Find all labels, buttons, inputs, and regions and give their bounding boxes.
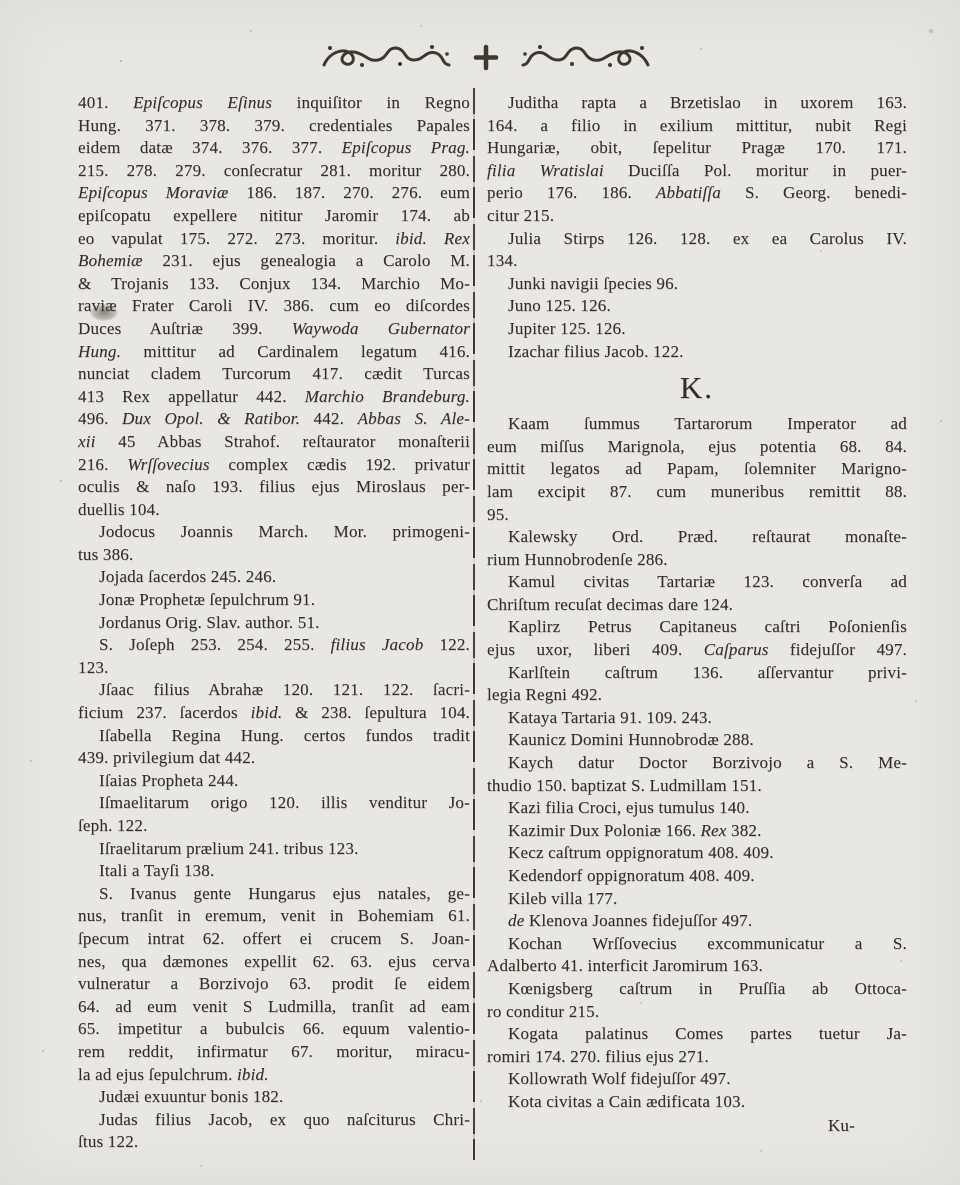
index-entry-text: ſeph. 122. bbox=[78, 816, 148, 835]
index-entry-line: Iſraelitarum prælium 241. tribus 123. bbox=[78, 838, 470, 861]
index-entry-text: Juno 125. 126. bbox=[508, 296, 611, 315]
index-entry-text-italic: Epiſcopus Eſinus bbox=[133, 93, 272, 112]
index-entry-text-italic: filius Jacob bbox=[331, 635, 424, 654]
index-entry-line: legia Regni 492. bbox=[487, 684, 907, 707]
index-entry-text: 496. bbox=[78, 409, 122, 428]
index-entry-line: Judæi exuuntur bonis 182. bbox=[78, 1086, 470, 1109]
index-entry-text: legia Regni 492. bbox=[487, 685, 602, 704]
index-entry-text: ſpecum intrat 62. offert ei crucem S. Jo… bbox=[78, 929, 470, 948]
index-entry-line: Karlſtein caſtrum 136. aſſervantur privi… bbox=[487, 662, 907, 685]
header-ornament bbox=[316, 40, 656, 76]
index-entry-line: eidem datæ 374. 376. 377. Epiſcopus Prag… bbox=[78, 137, 470, 160]
index-entry-text: Kileb villa 177. bbox=[508, 889, 617, 908]
index-entry-line: nus, tranſit in eremum, venit in Bohemia… bbox=[78, 905, 470, 928]
index-column-right: Juditha rapta a Brzetislao in uxorem 163… bbox=[487, 92, 907, 1138]
index-entry-text: Kataya Tartaria 91. 109. 243. bbox=[508, 708, 712, 727]
index-entry-text: Jojada ſacerdos 245. 246. bbox=[99, 567, 276, 586]
index-entry-line: Kaych datur Doctor Borzivojo a S. Me- bbox=[487, 752, 907, 775]
index-entry-text-italic: Marchio Brandeburg. bbox=[305, 387, 470, 406]
index-entry-line: Chriſtum recuſat decimas dare 124. bbox=[487, 594, 907, 617]
index-entry-text: Junki navigii ſpecies 96. bbox=[508, 274, 678, 293]
index-entry-text: lam excipit 87. cum muneribus remittit 8… bbox=[487, 482, 907, 501]
index-entry-line: 134. bbox=[487, 250, 907, 273]
index-entry-line: 413 Rex appellatur 442. Marchio Brandebu… bbox=[78, 386, 470, 409]
header-ornament-icon bbox=[316, 40, 656, 76]
index-entry-text: Karlſtein caſtrum 136. aſſervantur privi… bbox=[508, 663, 907, 682]
index-entry-text: Kochan Wrſſovecius excommunicatur a S. bbox=[508, 934, 907, 953]
index-entry-text-italic: Dux Opol. & Ratibor. bbox=[122, 409, 300, 428]
index-entry-line: Iſaias Propheta 244. bbox=[78, 770, 470, 793]
index-entry-line: Iſabella Regina Hung. certos fundos trad… bbox=[78, 725, 470, 748]
index-entry-line: 164. a filio in exilium mittitur, nubit … bbox=[487, 115, 907, 138]
index-entry-text: Jupiter 125. 126. bbox=[508, 319, 626, 338]
ink-blot bbox=[90, 304, 118, 321]
index-entry-line: Juditha rapta a Brzetislao in uxorem 163… bbox=[487, 92, 907, 115]
index-entry-text: 65. impetitur a bubulcis 66. equum valen… bbox=[78, 1019, 470, 1038]
index-entry-text: nus, tranſit in eremum, venit in Bohemia… bbox=[78, 906, 470, 925]
index-entry-text: fidejuſſor 497. bbox=[769, 640, 907, 659]
index-entry-line: Junki navigii ſpecies 96. bbox=[487, 273, 907, 296]
index-entry-line: Itali a Tayſi 138. bbox=[78, 860, 470, 883]
index-entry-text: Izachar filius Jacob. 122. bbox=[508, 342, 684, 361]
index-entry-text: 231. ejus genealogia a Carolo M. bbox=[143, 251, 470, 270]
index-entry-line: ejus uxor, liberi 409. Caſparus fidejuſſ… bbox=[487, 639, 907, 662]
index-entry-text-italic: Epiſcopus Moraviæ bbox=[78, 183, 228, 202]
book-page: 401. Epiſcopus Eſinus inquiſitor in Regn… bbox=[0, 0, 960, 1185]
index-entry-text: 413 Rex appellatur 442. bbox=[78, 387, 305, 406]
index-entry-text: Jordanus Orig. Slav. author. 51. bbox=[99, 613, 320, 632]
index-entry-text: & 238. ſepultura 104. bbox=[282, 703, 470, 722]
index-entry-text-italic: Caſparus bbox=[704, 640, 769, 659]
index-entry-line: Hung. mittitur ad Cardinalem legatum 416… bbox=[78, 341, 470, 364]
index-entry-line: mittit legatos ad Papam, ſolemniter Mari… bbox=[487, 458, 907, 481]
index-entry-text: Klenova Joannes fidejuſſor 497. bbox=[524, 911, 752, 930]
index-entry-line: Hungariæ, obit, ſepelitur Pragæ 170. 171… bbox=[487, 137, 907, 160]
index-entry-text: duellis 104. bbox=[78, 500, 160, 519]
index-entry-line: rium Hunnobrodenſe 286. bbox=[487, 549, 907, 572]
index-entry-text: Kedendorf oppignoratum 408. 409. bbox=[508, 866, 755, 885]
index-entry-line: epiſcopatu expellere nititur Jaromir 174… bbox=[78, 205, 470, 228]
index-entry-line: Epiſcopus Moraviæ 186. 187. 270. 276. eu… bbox=[78, 182, 470, 205]
index-entry-text: romiri 174. 270. filius ejus 271. bbox=[487, 1047, 709, 1066]
index-entry-text: thudio 150. baptizat S. Ludmillam 151. bbox=[487, 776, 762, 795]
index-entry-line: vulneratur a Borzivojo 63. prodit ſe eid… bbox=[78, 973, 470, 996]
index-entry-line: 64. ad eum venit S Ludmilla, tranſit ad … bbox=[78, 996, 470, 1019]
index-entry-line: duellis 104. bbox=[78, 499, 470, 522]
index-entry-text-italic: Abbas S. Ale- bbox=[358, 409, 470, 428]
index-entry-text: Hungariæ, obit, ſepelitur Pragæ 170. 171… bbox=[487, 138, 907, 157]
index-entry-text-italic: ibid. Rex bbox=[395, 229, 470, 248]
index-entry-line: Duces Auſtriæ 399. Waywoda Gubernator bbox=[78, 318, 470, 341]
index-entry-line: Bohemiæ 231. ejus genealogia a Carolo M. bbox=[78, 250, 470, 273]
index-entry-line: rem reddit, infirmatur 67. moritur, mira… bbox=[78, 1041, 470, 1064]
index-entry-line: ficium 237. ſacerdos ibid. & 238. ſepult… bbox=[78, 702, 470, 725]
index-entry-text: Duces Auſtriæ 399. bbox=[78, 319, 292, 338]
index-entry-line: Jonæ Prophetæ ſepulchrum 91. bbox=[78, 589, 470, 612]
index-entry-text: 382. bbox=[727, 821, 762, 840]
index-entry-text: 215. 278. 279. conſecratur 281. moritur … bbox=[78, 161, 470, 180]
index-entry-text: Iſabella Regina Hung. certos fundos trad… bbox=[99, 726, 470, 745]
index-entry-text: eo vapulat 175. 272. 273. moritur. bbox=[78, 229, 395, 248]
index-entry-text: 45 Abbas Strahof. reſtaurator monaſterii bbox=[96, 432, 470, 451]
index-entry-line: raviæ Frater Caroli IV. 386. cum eo diſc… bbox=[78, 295, 470, 318]
paper-speckles bbox=[0, 0, 2, 2]
index-entry-line: la ad ejus ſepulchrum. ibid. bbox=[78, 1064, 470, 1087]
index-entry-text: eidem datæ 374. 376. 377. bbox=[78, 138, 342, 157]
index-entry-line: Kaam ſummus Tartarorum Imperator ad bbox=[487, 413, 907, 436]
index-entry-line: eum miſſus Marignola, ejus potentia 68. … bbox=[487, 436, 907, 459]
index-entry-line: Kollowrath Wolf fidejuſſor 497. bbox=[487, 1068, 907, 1091]
index-entry-text: tus 386. bbox=[78, 545, 133, 564]
index-entry-line: & Trojanis 133. Conjux 134. Marchio Mo- bbox=[78, 273, 470, 296]
index-entry-text: mittit legatos ad Papam, ſolemniter Mari… bbox=[487, 459, 907, 478]
index-entry-text-italic: Bohemiæ bbox=[78, 251, 143, 270]
index-entry-line: Kaplirz Petrus Capitaneus caſtri Poſonie… bbox=[487, 616, 907, 639]
index-entry-text: ejus uxor, liberi 409. bbox=[487, 640, 704, 659]
index-entry-text: vulneratur a Borzivojo 63. prodit ſe eid… bbox=[78, 974, 470, 993]
index-entry-text: 123. bbox=[78, 658, 109, 677]
index-entry-line: Jordanus Orig. Slav. author. 51. bbox=[78, 612, 470, 635]
column-divider-rule bbox=[473, 88, 475, 1160]
index-entry-line: Kogata palatinus Comes partes tuetur Ja- bbox=[487, 1023, 907, 1046]
index-entry-text: epiſcopatu expellere nititur Jaromir 174… bbox=[78, 206, 470, 225]
index-entry-text-italic: Wrſſovecius bbox=[127, 455, 209, 474]
index-entry-text: Kazi filia Croci, ejus tumulus 140. bbox=[508, 798, 750, 817]
index-entry-line: nes, qua dæmones expellit 62. 63. ejus c… bbox=[78, 951, 470, 974]
index-entry-line: Jodocus Joannis March. Mor. primogeni- bbox=[78, 521, 470, 544]
index-entry-text: ficium 237. ſacerdos bbox=[78, 703, 251, 722]
index-entry-text: Adalberto 41. interficit Jaromirum 163. bbox=[487, 956, 763, 975]
index-entry-text-italic: ibid. bbox=[251, 703, 283, 722]
index-entry-text: Itali a Tayſi 138. bbox=[99, 861, 214, 880]
index-entry-line: 65. impetitur a bubulcis 66. equum valen… bbox=[78, 1018, 470, 1041]
index-entry-text: Iſmaelitarum origo 120. illis venditur J… bbox=[99, 793, 470, 812]
index-entry-text-italic: xii bbox=[78, 432, 96, 451]
index-entry-line: 216. Wrſſovecius complex cædis 192. priv… bbox=[78, 454, 470, 477]
index-entry-text: S. Georg. benedi- bbox=[721, 183, 907, 202]
index-entry-text: 401. bbox=[78, 93, 133, 112]
index-entry-line: romiri 174. 270. filius ejus 271. bbox=[487, 1046, 907, 1069]
index-entry-text: perio 176. 186. bbox=[487, 183, 656, 202]
index-entry-line: Kataya Tartaria 91. 109. 243. bbox=[487, 707, 907, 730]
index-column-left: 401. Epiſcopus Eſinus inquiſitor in Regn… bbox=[78, 92, 470, 1154]
index-entry-text: Juditha rapta a Brzetislao in uxorem 163… bbox=[508, 93, 907, 112]
index-entry-text: & Trojanis 133. Conjux 134. Marchio Mo- bbox=[78, 274, 470, 293]
index-entry-text: Judæi exuuntur bonis 182. bbox=[99, 1087, 283, 1106]
index-entry-line: Kœnigsberg caſtrum in Pruſſia ab Ottoca- bbox=[487, 978, 907, 1001]
index-entry-text: Julia Stirps 126. 128. ex ea Carolus IV. bbox=[508, 229, 907, 248]
index-entry-line: Kota civitas a Cain ædificata 103. bbox=[487, 1091, 907, 1114]
index-entry-line: Kecz caſtrum oppignoratum 408. 409. bbox=[487, 842, 907, 865]
index-entry-text: Jonæ Prophetæ ſepulchrum 91. bbox=[99, 590, 315, 609]
floral-scroll-icon bbox=[324, 48, 449, 65]
index-entry-text-italic: ibid. bbox=[237, 1065, 269, 1084]
index-entry-text: eum miſſus Marignola, ejus potentia 68. … bbox=[487, 437, 907, 456]
index-entry-line: filia Wratislai Duciſſa Pol. moritur in … bbox=[487, 160, 907, 183]
index-entry-text: 122. bbox=[423, 635, 470, 654]
index-entry-line: Judas filius Jacob, ex quo naſciturus Ch… bbox=[78, 1109, 470, 1132]
index-entry-text: Kecz caſtrum oppignoratum 408. 409. bbox=[508, 843, 774, 862]
index-entry-line: Jojada ſacerdos 245. 246. bbox=[78, 566, 470, 589]
index-entry-line: xii 45 Abbas Strahof. reſtaurator monaſt… bbox=[78, 431, 470, 454]
index-entry-text-italic: Epiſcopus Prag. bbox=[342, 138, 470, 157]
index-entry-line: 439. privilegium dat 442. bbox=[78, 747, 470, 770]
index-entry-text: Kœnigsberg caſtrum in Pruſſia ab Ottoca- bbox=[508, 979, 907, 998]
index-entry-text: Duciſſa Pol. moritur in puer- bbox=[604, 161, 907, 180]
index-entry-line: Jſaac filius Abrahæ 120. 121. 122. ſacri… bbox=[78, 679, 470, 702]
index-entry-text: S. Ivanus gente Hungarus ejus natales, g… bbox=[99, 884, 470, 903]
index-entry-line: ſtus 122. bbox=[78, 1131, 470, 1154]
index-entry-text: ſtus 122. bbox=[78, 1132, 138, 1151]
index-entry-text-italic: filia Wratislai bbox=[487, 161, 604, 180]
index-entry-text: nunciat cladem Turcorum 417. cædit Turca… bbox=[78, 364, 470, 383]
index-column-right-lines: Juditha rapta a Brzetislao in uxorem 163… bbox=[487, 92, 907, 1114]
index-entry-line: Kazi filia Croci, ejus tumulus 140. bbox=[487, 797, 907, 820]
index-entry-line: 496. Dux Opol. & Ratibor. 442. Abbas S. … bbox=[78, 408, 470, 431]
index-entry-line: Adalberto 41. interficit Jaromirum 163. bbox=[487, 955, 907, 978]
index-entry-line: Kaunicz Domini Hunnobrodæ 288. bbox=[487, 729, 907, 752]
index-entry-text: nes, qua dæmones expellit 62. 63. ejus c… bbox=[78, 952, 470, 971]
index-entry-text: rium Hunnobrodenſe 286. bbox=[487, 550, 668, 569]
index-entry-line: Kalewsky Ord. Præd. reſtaurat monaſte- bbox=[487, 526, 907, 549]
index-entry-line: Julia Stirps 126. 128. ex ea Carolus IV. bbox=[487, 228, 907, 251]
index-entry-line: 95. bbox=[487, 504, 907, 527]
floral-scroll-icon bbox=[523, 48, 648, 65]
index-entry-line: Kazimir Dux Poloniæ 166. Rex 382. bbox=[487, 820, 907, 843]
index-entry-text: Kazimir Dux Poloniæ 166. bbox=[508, 821, 700, 840]
index-entry-text: ro conditur 215. bbox=[487, 1002, 599, 1021]
index-entry-line: Kedendorf oppignoratum 408. 409. bbox=[487, 865, 907, 888]
index-entry-text-italic: Hung. bbox=[78, 342, 121, 361]
index-entry-text: Kaam ſummus Tartarorum Imperator ad bbox=[508, 414, 907, 433]
index-entry-line: thudio 150. baptizat S. Ludmillam 151. bbox=[487, 775, 907, 798]
index-entry-line: ſpecum intrat 62. offert ei crucem S. Jo… bbox=[78, 928, 470, 951]
index-entry-line: 123. bbox=[78, 657, 470, 680]
index-entry-line: 215. 278. 279. conſecratur 281. moritur … bbox=[78, 160, 470, 183]
index-entry-line: eo vapulat 175. 272. 273. moritur. ibid.… bbox=[78, 228, 470, 251]
index-entry-line: de Klenova Joannes fidejuſſor 497. bbox=[487, 910, 907, 933]
index-entry-line: Kileb villa 177. bbox=[487, 888, 907, 911]
index-entry-text: Kogata palatinus Comes partes tuetur Ja- bbox=[508, 1024, 907, 1043]
index-entry-text: Iſaias Propheta 244. bbox=[99, 771, 239, 790]
section-heading: K. bbox=[487, 363, 907, 413]
index-entry-text: Iſraelitarum prælium 241. tribus 123. bbox=[99, 839, 359, 858]
index-entry-text: Kota civitas a Cain ædificata 103. bbox=[508, 1092, 745, 1111]
index-entry-text: S. Joſeph 253. 254. 255. bbox=[99, 635, 331, 654]
index-entry-line: Hung. 371. 378. 379. credentiales Papale… bbox=[78, 115, 470, 138]
index-entry-text: la ad ejus ſepulchrum. bbox=[78, 1065, 237, 1084]
index-entry-line: oculis & naſo 193. filius ejus Miroslaus… bbox=[78, 476, 470, 499]
index-entry-text: complex cædis 192. privatur bbox=[210, 455, 470, 474]
index-entry-line: tus 386. bbox=[78, 544, 470, 567]
index-entry-text: Kamul civitas Tartariæ 123. converſa ad bbox=[508, 572, 907, 591]
index-entry-text: 64. ad eum venit S Ludmilla, tranſit ad … bbox=[78, 997, 470, 1016]
index-entry-line: Kamul civitas Tartariæ 123. converſa ad bbox=[487, 571, 907, 594]
index-entry-line: perio 176. 186. Abbatiſſa S. Georg. bene… bbox=[487, 182, 907, 205]
index-entry-line: nunciat cladem Turcorum 417. cædit Turca… bbox=[78, 363, 470, 386]
index-entry-line: Iſmaelitarum origo 120. illis venditur J… bbox=[78, 792, 470, 815]
index-entry-line: Jupiter 125. 126. bbox=[487, 318, 907, 341]
index-entry-line: Izachar filius Jacob. 122. bbox=[487, 341, 907, 364]
index-entry-line: Juno 125. 126. bbox=[487, 295, 907, 318]
catchword: Ku- bbox=[487, 1114, 907, 1138]
index-entry-text-italic: Rex bbox=[700, 821, 726, 840]
index-entry-text: 186. 187. 270. 276. eum bbox=[228, 183, 470, 202]
index-entry-text: 95. bbox=[487, 505, 509, 524]
index-entry-text: raviæ Frater Caroli IV. 386. cum eo diſc… bbox=[78, 296, 470, 315]
index-entry-line: ſeph. 122. bbox=[78, 815, 470, 838]
index-entry-line: lam excipit 87. cum muneribus remittit 8… bbox=[487, 481, 907, 504]
index-entry-text: 164. a filio in exilium mittitur, nubit … bbox=[487, 116, 907, 135]
cross-fleuron-icon bbox=[476, 47, 496, 68]
index-entry-text: Jodocus Joannis March. Mor. primogeni- bbox=[99, 522, 470, 541]
index-entry-text: 442. bbox=[300, 409, 358, 428]
index-entry-text: Kollowrath Wolf fidejuſſor 497. bbox=[508, 1069, 731, 1088]
index-entry-text-italic: de bbox=[508, 911, 524, 930]
index-entry-text-italic: Abbatiſſa bbox=[656, 183, 721, 202]
index-entry-line: Kochan Wrſſovecius excommunicatur a S. bbox=[487, 933, 907, 956]
index-entry-line: 401. Epiſcopus Eſinus inquiſitor in Regn… bbox=[78, 92, 470, 115]
index-entry-text: 134. bbox=[487, 251, 518, 270]
index-entry-text: mittitur ad Cardinalem legatum 416. bbox=[121, 342, 470, 361]
index-entry-text-italic: Waywoda Gubernator bbox=[292, 319, 470, 338]
index-entry-line: S. Joſeph 253. 254. 255. filius Jacob 12… bbox=[78, 634, 470, 657]
index-entry-text: rem reddit, infirmatur 67. moritur, mira… bbox=[78, 1042, 470, 1061]
index-entry-text: Judas filius Jacob, ex quo naſciturus Ch… bbox=[99, 1110, 470, 1129]
index-entry-text: Kaych datur Doctor Borzivojo a S. Me- bbox=[508, 753, 907, 772]
index-entry-text: Kaunicz Domini Hunnobrodæ 288. bbox=[508, 730, 754, 749]
index-entry-text: Jſaac filius Abrahæ 120. 121. 122. ſacri… bbox=[99, 680, 470, 699]
index-entry-line: S. Ivanus gente Hungarus ejus natales, g… bbox=[78, 883, 470, 906]
index-entry-text: oculis & naſo 193. filius ejus Miroslaus… bbox=[78, 477, 470, 496]
index-entry-text: Kalewsky Ord. Præd. reſtaurat monaſte- bbox=[508, 527, 907, 546]
index-entry-text: citur 215. bbox=[487, 206, 554, 225]
index-entry-line: citur 215. bbox=[487, 205, 907, 228]
index-entry-text: Kaplirz Petrus Capitaneus caſtri Poſonie… bbox=[508, 617, 907, 636]
index-entry-text: inquiſitor in Regno bbox=[272, 93, 470, 112]
index-entry-text: 216. bbox=[78, 455, 127, 474]
index-entry-text: 439. privilegium dat 442. bbox=[78, 748, 255, 767]
index-entry-text: Hung. 371. 378. 379. credentiales Papale… bbox=[78, 116, 470, 135]
index-entry-text: Chriſtum recuſat decimas dare 124. bbox=[487, 595, 733, 614]
index-entry-line: ro conditur 215. bbox=[487, 1001, 907, 1024]
